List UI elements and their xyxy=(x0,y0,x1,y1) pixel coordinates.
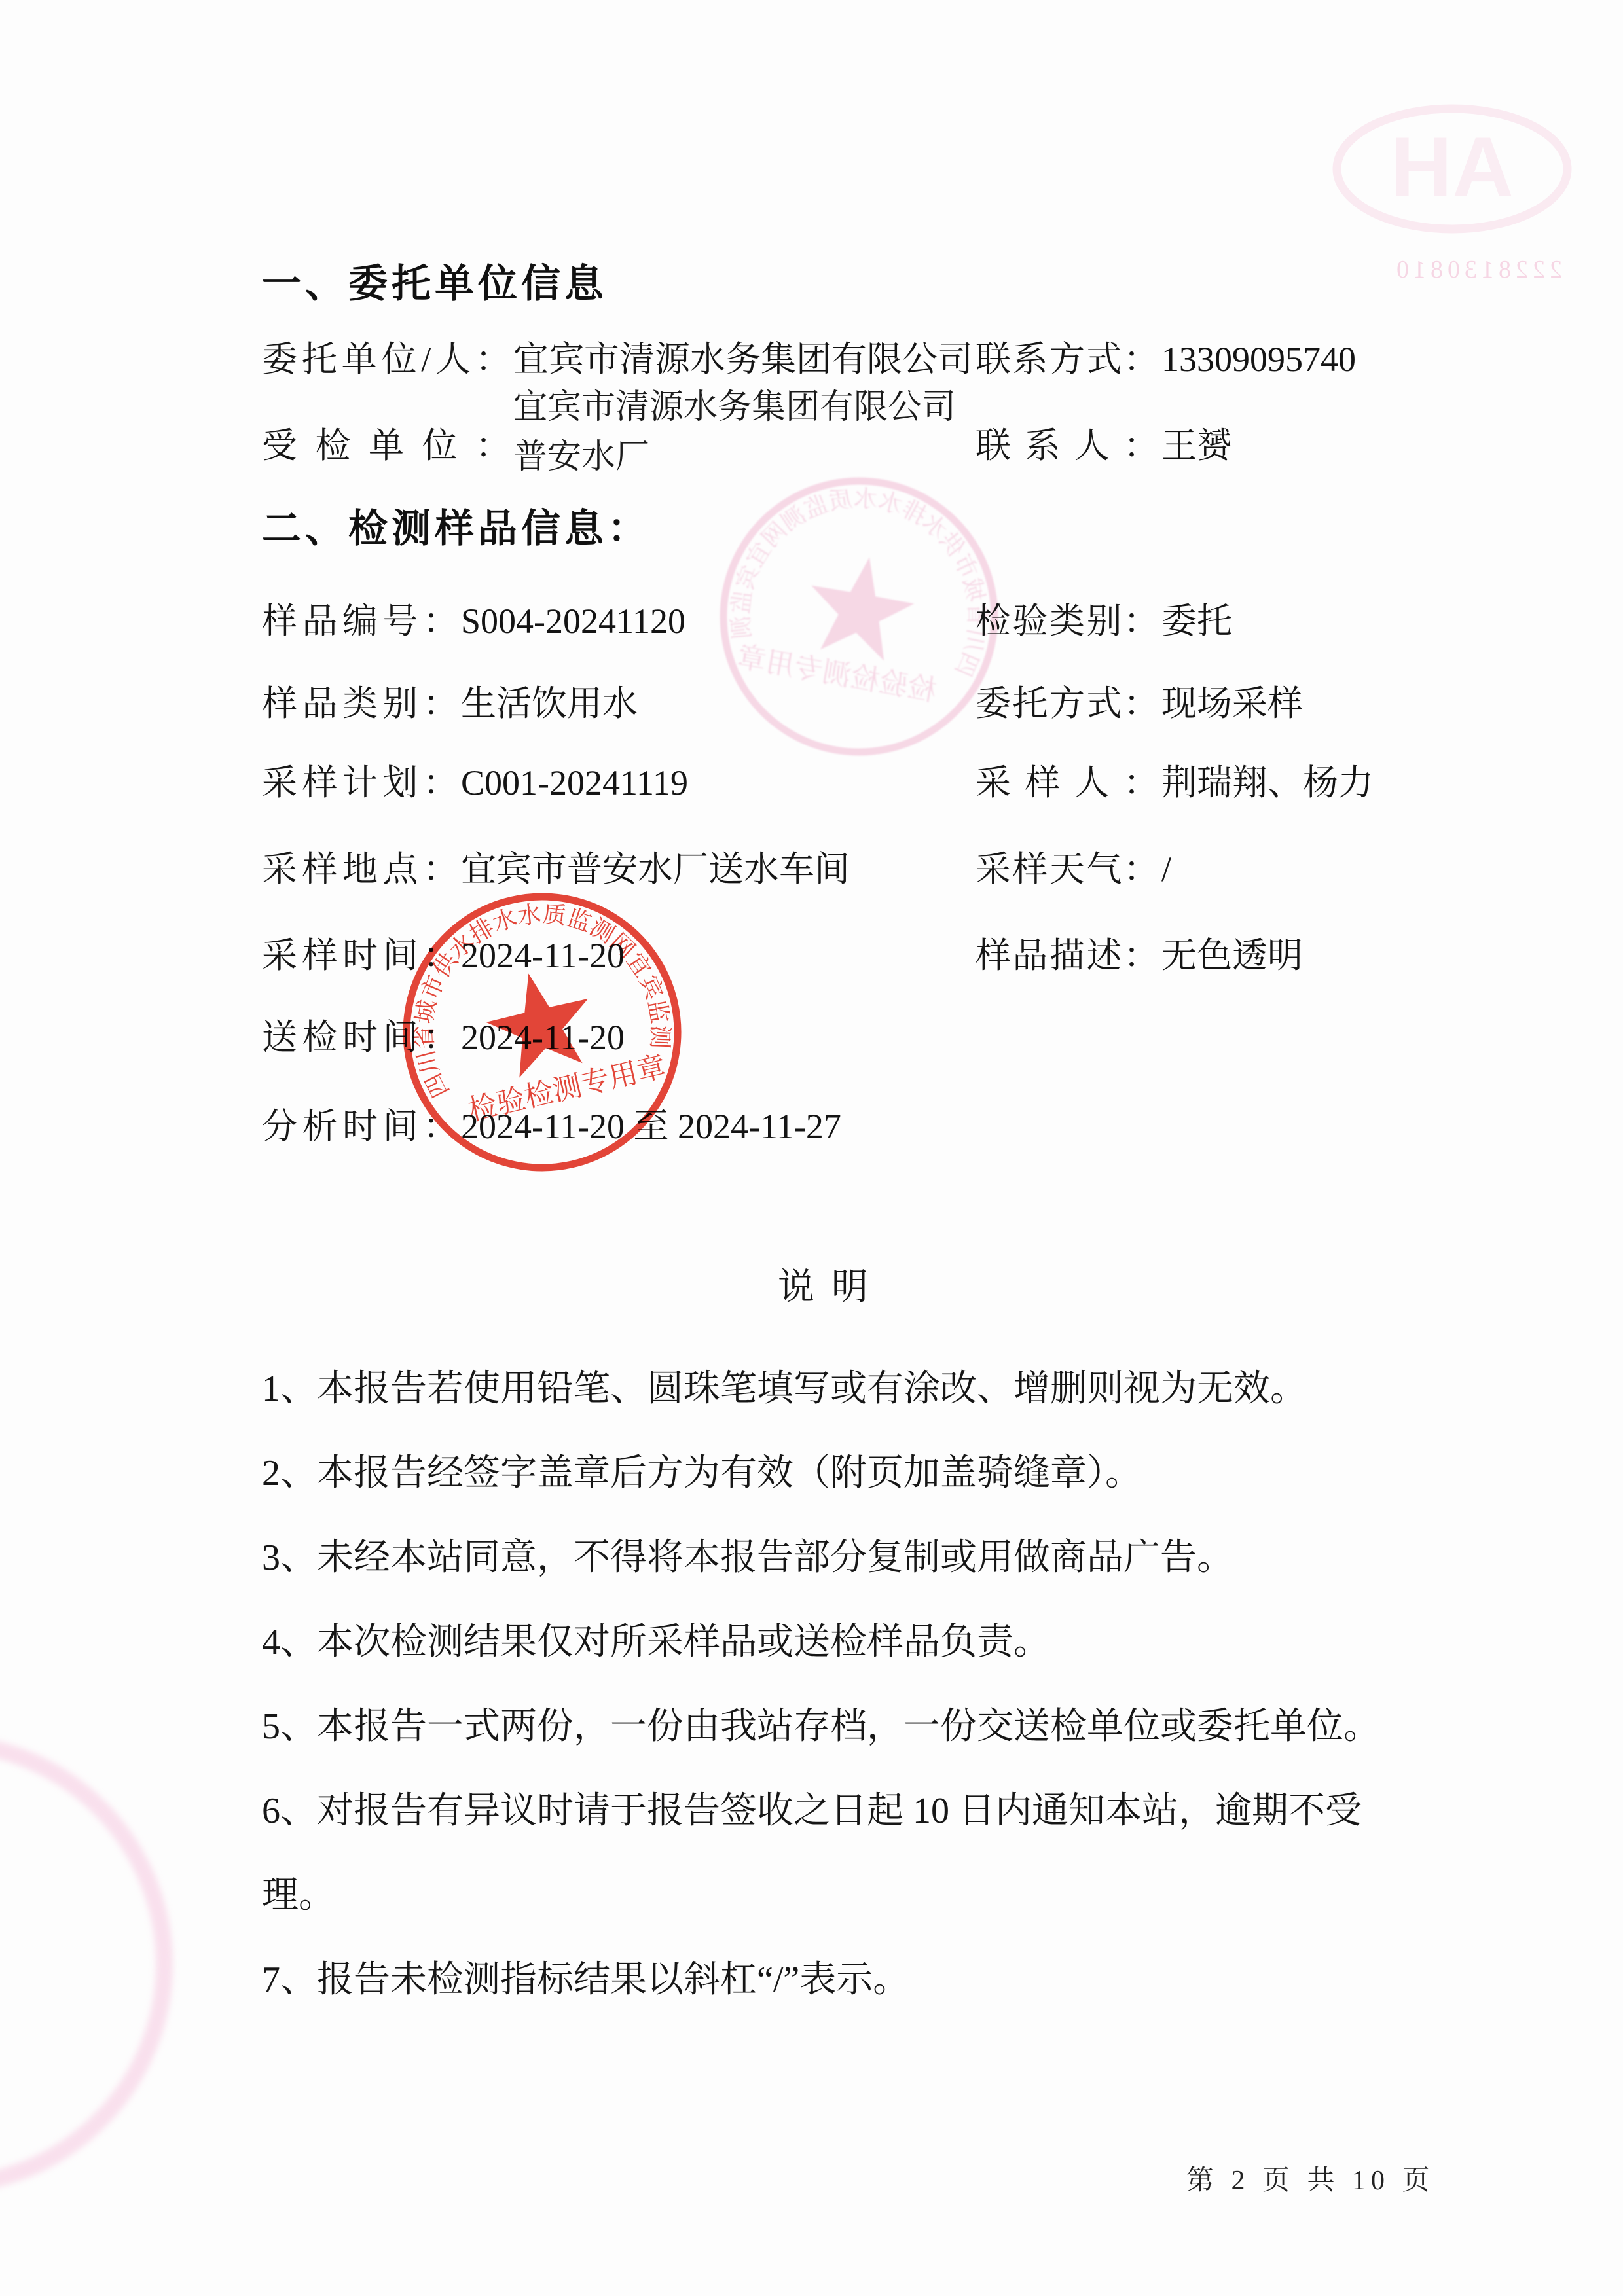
field-label-sampling-plan: 采样计划： xyxy=(262,761,458,804)
field-value-sampling-plan: C001-20241119 xyxy=(458,761,688,804)
field-value-sampling-weather: / xyxy=(1159,848,1171,891)
field-label-commission-mode: 委托方式： xyxy=(976,682,1159,725)
note-item-7: 7、报告未检测指标结果以斜杠“/”表示。 xyxy=(262,1938,1413,2022)
report-page: 四川省城市供水排水水质监测网宜宾监测站 检验检测专用章 AH 222813081… xyxy=(0,0,1623,2296)
field-value-contact-method: 13309095740 xyxy=(1159,338,1356,381)
ghost-number: 2228130810 xyxy=(1332,255,1562,284)
info-row-delivery-time: 送检时间： 2024-11-20 xyxy=(0,1016,1623,1062)
notes-block: 1、本报告若使用铅笔、圆珠笔填写或有涂改、增删则视为无效。 2、本报告经签字盖章… xyxy=(262,1347,1413,2022)
field-value-sample-desc: 无色透明 xyxy=(1159,934,1303,977)
ghost-oval-stamp: AH xyxy=(1321,97,1583,254)
field-label-sample-type: 样品类别： xyxy=(262,682,458,725)
note-item-1: 1、本报告若使用铅笔、圆珠笔填写或有涂改、增删则视为无效。 xyxy=(262,1347,1413,1431)
field-value-sample-no: S004-20241120 xyxy=(458,600,685,643)
note-item-2: 2、本报告经签字盖章后方为有效（附页加盖骑缝章）。 xyxy=(262,1431,1413,1516)
field-label-test-category: 检验类别： xyxy=(976,600,1159,643)
info-row-sampling-time: 采样时间： 2024-11-20 样品描述： 无色透明 xyxy=(0,934,1623,980)
page-footer: 第 2 页 共 10 页 xyxy=(1186,2159,1435,2198)
field-label-samplers: 采样人： xyxy=(976,761,1159,804)
ghost-oval-letters: AH xyxy=(1391,119,1514,215)
note-item-6: 6、对报告有异议时请于报告签收之日起 10 日内通知本站，逾期不受理。 xyxy=(262,1769,1413,1938)
field-value-samplers: 荆瑞翔、杨力 xyxy=(1159,761,1374,804)
ghost-edge-arc xyxy=(0,1734,173,2194)
info-row-client: 委托单位/人： 宜宾市清源水务集团有限公司 联系方式： 13309095740 xyxy=(0,338,1623,384)
note-item-3: 3、未经本站同意，不得将本报告部分复制或用做商品广告。 xyxy=(262,1516,1413,1600)
field-label-sample-no: 样品编号： xyxy=(262,600,458,643)
official-seal-stamp: 四川省城市供水排水水质监测网宜宾监测站 检验检测专用章 xyxy=(401,891,683,1173)
info-row-analysis-time: 分析时间： 2024-11-20 至 2024-11-27 xyxy=(0,1105,1623,1151)
section2-title: 二、检测样品信息： xyxy=(262,505,651,552)
field-label-sampling-site: 采样地点： xyxy=(262,848,458,891)
field-label-client: 委托单位/人： xyxy=(262,338,511,381)
field-value-client: 宜宾市清源水务集团有限公司 xyxy=(511,338,973,381)
info-row-sampling-plan: 采样计划： C001-20241119 采样人： 荆瑞翔、杨力 xyxy=(0,761,1623,807)
note-item-5: 5、本报告一式两份，一份由我站存档，一份交送检单位或委托单位。 xyxy=(262,1685,1413,1769)
notes-title: 说明 xyxy=(262,1258,1401,1310)
field-label-sampling-weather: 采样天气： xyxy=(976,848,1159,891)
info-row-inspected-unit: 受检单位： 宜宾市清源水务集团有限公司 普安水厂 联系人： 王赟 xyxy=(0,0,1623,46)
info-row-sample-no: 样品编号： S004-20241120 检验类别： 委托 xyxy=(0,600,1623,645)
field-value-sampling-site: 宜宾市普安水厂送水车间 xyxy=(458,848,850,891)
field-value-sample-type: 生活饮用水 xyxy=(458,682,638,725)
field-value-inspected-unit-line2: 普安水厂 xyxy=(513,437,649,478)
field-value-inspected-unit-line1: 宜宾市清源水务集团有限公司 xyxy=(513,387,956,428)
seal-star-icon xyxy=(477,961,602,1082)
field-label-contact-method: 联系方式： xyxy=(976,338,1159,381)
note-item-4: 4、本次检测结果仅对所采样品或送检样品负责。 xyxy=(262,1600,1413,1685)
field-value-test-category: 委托 xyxy=(1159,600,1232,643)
field-label-inspected-unit: 受检单位： xyxy=(262,424,511,467)
info-row-sampling-site: 采样地点： 宜宾市普安水厂送水车间 采样天气： / xyxy=(0,848,1623,893)
field-value-contact-person: 王赟 xyxy=(1159,424,1232,467)
info-row-sample-type: 样品类别： 生活饮用水 委托方式： 现场采样 xyxy=(0,682,1623,728)
field-label-contact-person: 联系人： xyxy=(976,424,1159,467)
field-value-commission-mode: 现场采样 xyxy=(1159,682,1303,725)
section1-title: 一、委托单位信息 xyxy=(262,260,608,308)
field-label-sample-desc: 样品描述： xyxy=(976,934,1159,977)
seal-bottom-text: 检验检测专用章 xyxy=(465,1050,669,1127)
